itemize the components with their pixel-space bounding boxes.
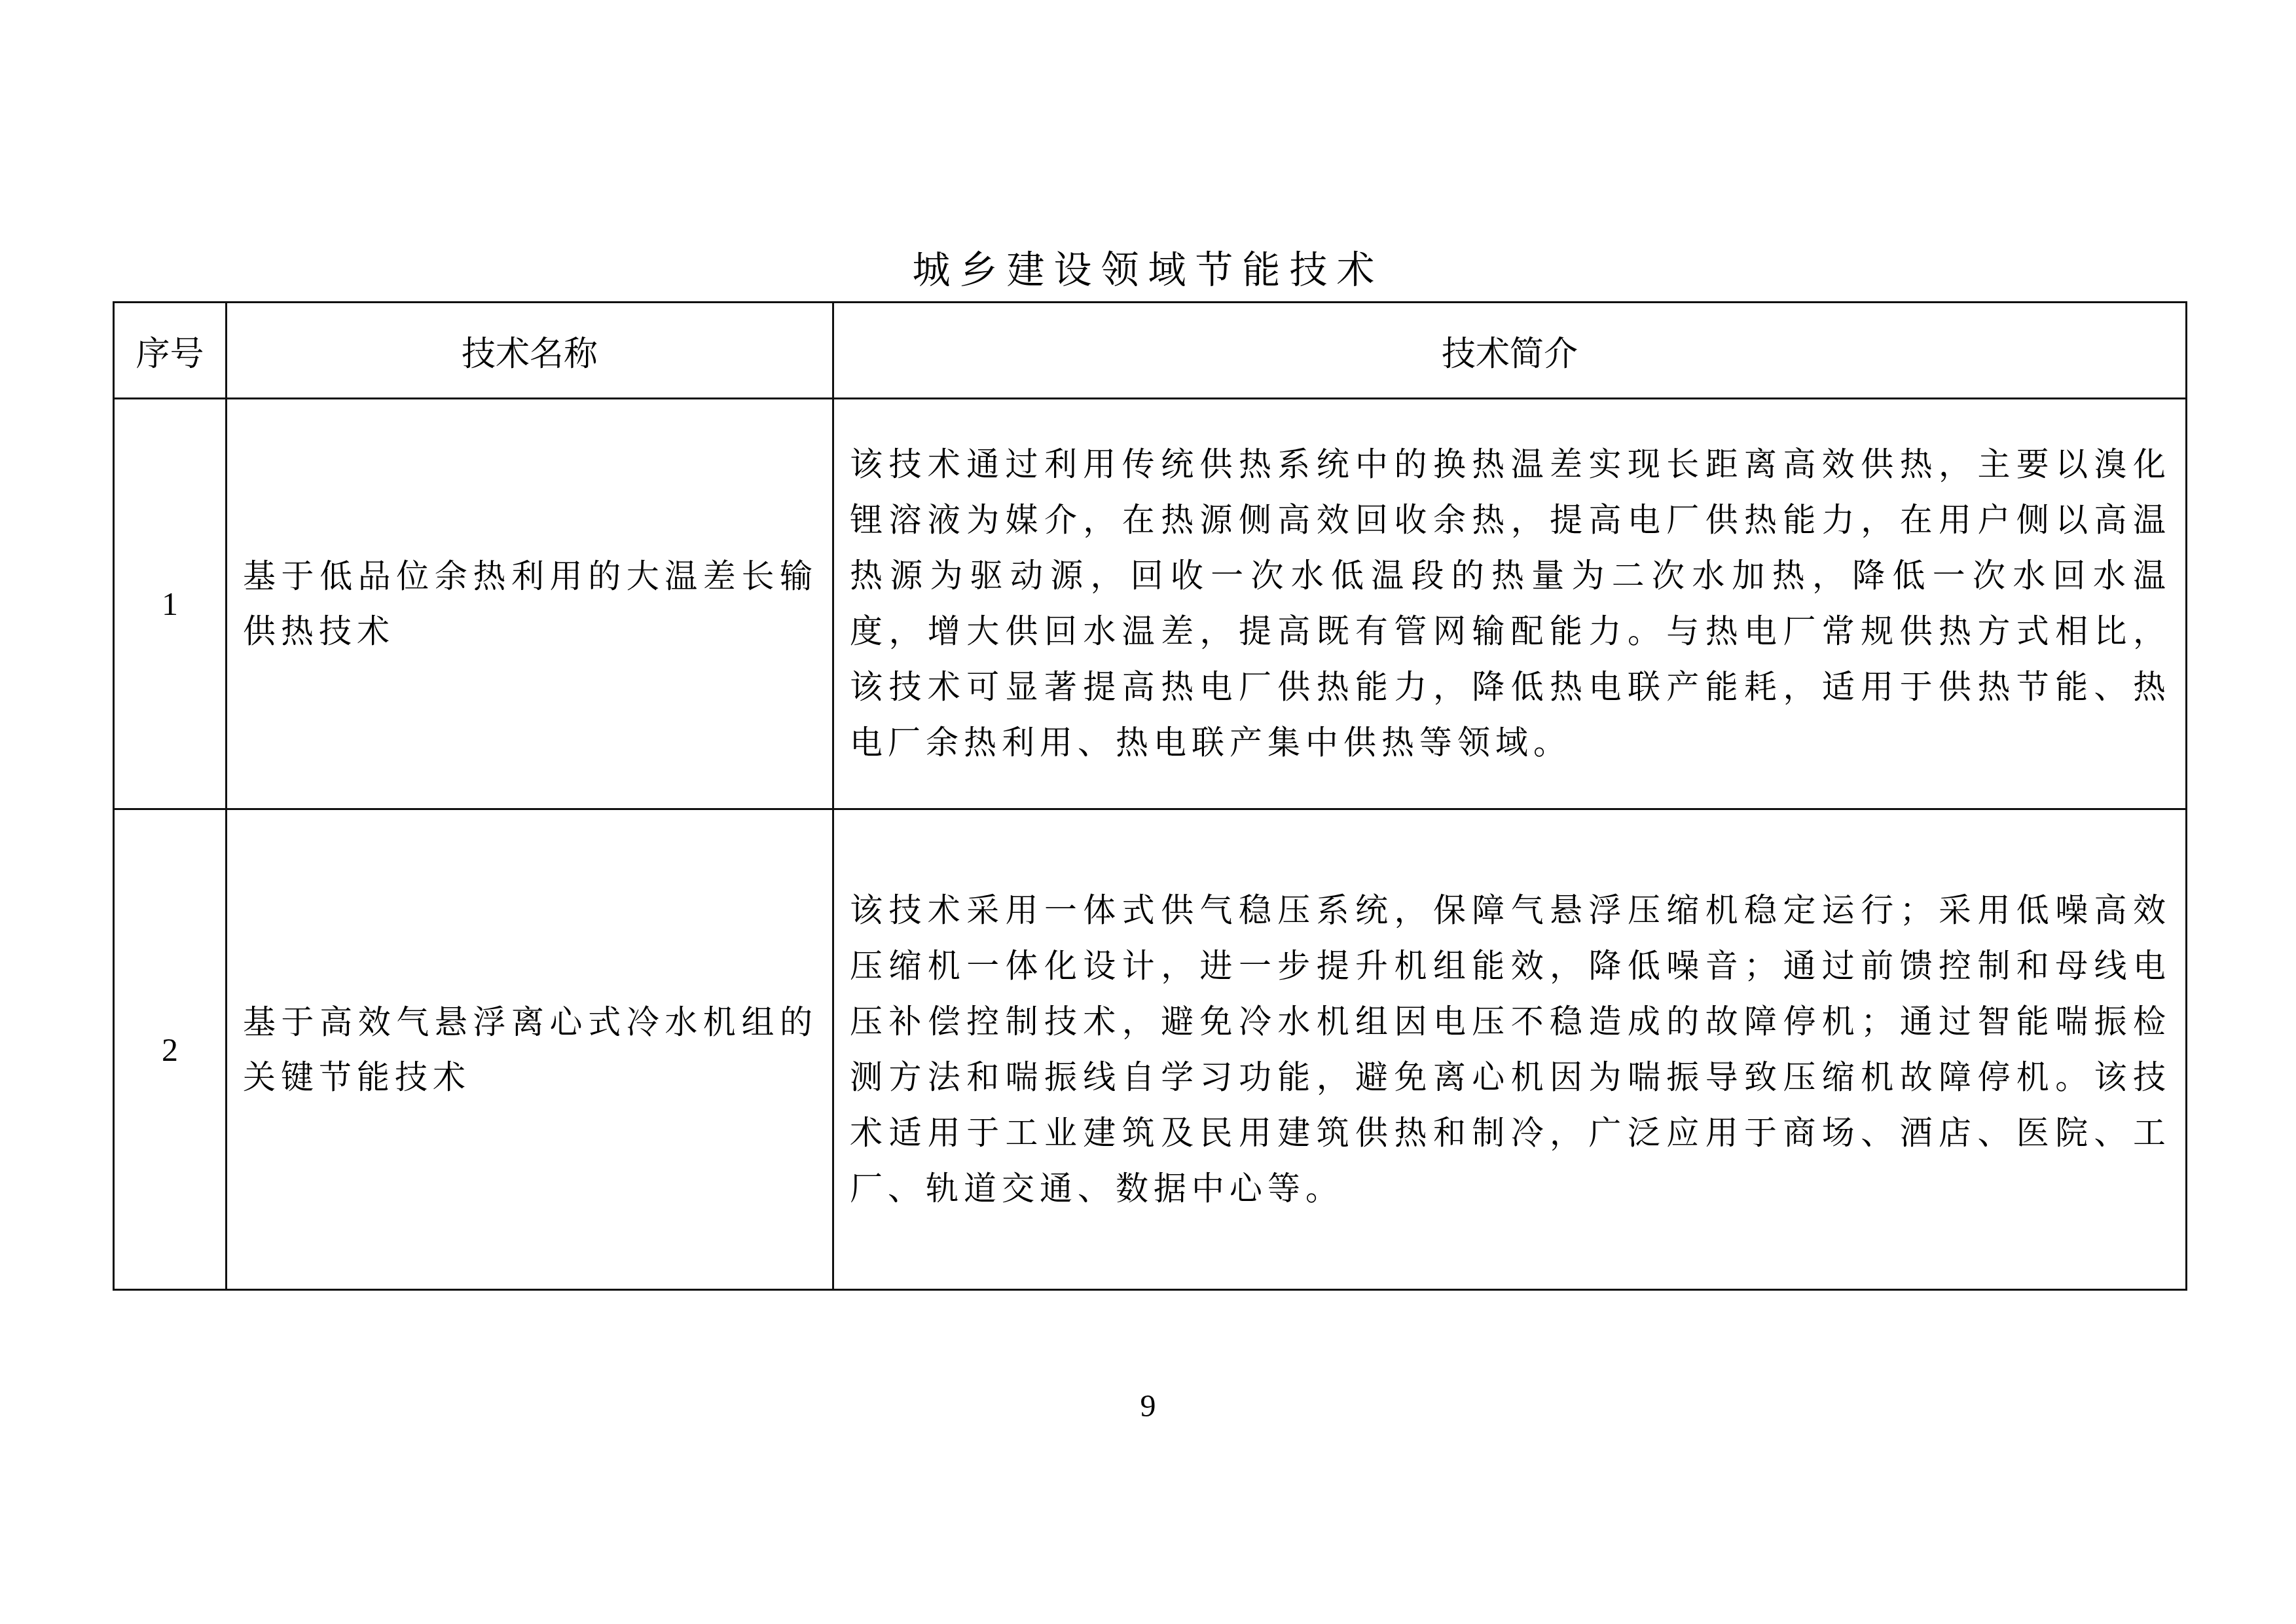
table-row: 2 基于高效气悬浮离心式冷水机组的关键节能技术 该技术采用一体式供气稳压系统，保…	[114, 809, 2187, 1290]
page-number: 9	[0, 1388, 2296, 1424]
table-header-row: 序号 技术名称 技术简介	[114, 303, 2187, 399]
header-name: 技术名称	[227, 303, 833, 399]
row-index: 2	[114, 809, 227, 1290]
row-index: 1	[114, 399, 227, 809]
row-tech-name: 基于低品位余热利用的大温差长输供热技术	[227, 399, 833, 809]
header-index: 序号	[114, 303, 227, 399]
row-tech-description: 该技术采用一体式供气稳压系统，保障气悬浮压缩机稳定运行；采用低噪高效压缩机一体化…	[833, 809, 2187, 1290]
document-title: 城乡建设领域节能技术	[0, 244, 2296, 296]
row-tech-name: 基于高效气悬浮离心式冷水机组的关键节能技术	[227, 809, 833, 1290]
row-tech-description: 该技术通过利用传统供热系统中的换热温差实现长距离高效供热，主要以溴化锂溶液为媒介…	[833, 399, 2187, 809]
header-description: 技术简介	[833, 303, 2187, 399]
technology-table: 序号 技术名称 技术简介 1 基于低品位余热利用的大温差长输供热技术 该技术通过…	[113, 301, 2187, 1291]
table-row: 1 基于低品位余热利用的大温差长输供热技术 该技术通过利用传统供热系统中的换热温…	[114, 399, 2187, 809]
